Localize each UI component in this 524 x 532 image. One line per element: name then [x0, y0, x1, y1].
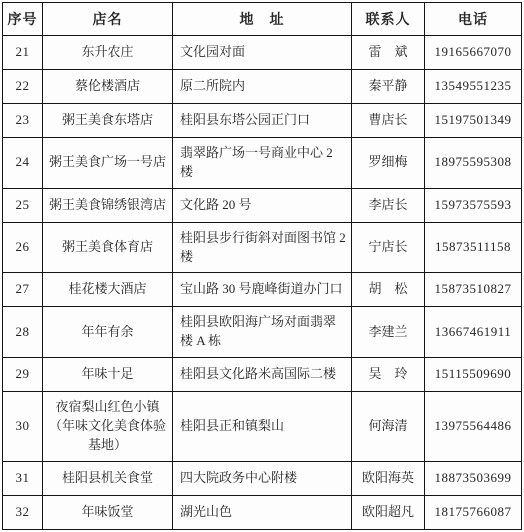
table-row: 31 桂阳县机关食堂 四大院政务中心附楼 欧阳海英 18873503699 — [3, 461, 522, 495]
column-header-no: 序号 — [3, 3, 43, 36]
cell-serial-number: 24 — [3, 138, 43, 189]
cell-store-name: 桂花楼大酒店 — [43, 273, 173, 307]
column-header-address: 地 址 — [173, 3, 352, 36]
cell-phone: 13975564486 — [425, 392, 522, 462]
cell-address: 宝山路 30 号鹿峰街道办门口 — [173, 273, 352, 307]
cell-serial-number: 22 — [3, 70, 43, 104]
cell-serial-number: 27 — [3, 273, 43, 307]
cell-contact: 宁店长 — [352, 222, 425, 273]
cell-address: 桂阳县步行街斜对面图书馆 2 楼 — [173, 222, 352, 273]
cell-store-name: 年年有余 — [43, 307, 173, 358]
cell-contact: 何海清 — [352, 392, 425, 462]
store-directory-page: 序号 店名 地 址 联系人 电话 21 东升农庄 文化园对面 雷 斌 19165… — [0, 0, 524, 532]
table-row: 32 年味饭堂 湖光山色 欧阳超凡 18175766087 — [3, 495, 522, 529]
cell-phone: 15197501349 — [425, 104, 522, 138]
table-row: 21 东升农庄 文化园对面 雷 斌 19165667070 — [3, 36, 522, 70]
cell-phone: 19165667070 — [425, 36, 522, 70]
cell-contact: 胡 松 — [352, 273, 425, 307]
cell-store-name: 粥王美食体育店 — [43, 222, 173, 273]
store-directory-table: 序号 店名 地 址 联系人 电话 21 东升农庄 文化园对面 雷 斌 19165… — [2, 2, 522, 530]
cell-phone: 15873510827 — [425, 273, 522, 307]
table-row: 22 蔡伦楼酒店 原二所院内 秦平静 13549551235 — [3, 70, 522, 104]
cell-store-name: 蔡伦楼酒店 — [43, 70, 173, 104]
cell-address: 湖光山色 — [173, 495, 352, 529]
cell-address: 桂阳县正和镇梨山 — [173, 392, 352, 462]
cell-phone: 15873511158 — [425, 222, 522, 273]
cell-store-name: 粥王美食东塔店 — [43, 104, 173, 138]
column-header-phone: 电话 — [425, 3, 522, 36]
cell-address: 翡翠路广场一号商业中心 2 楼 — [173, 138, 352, 189]
cell-store-name: 东升农庄 — [43, 36, 173, 70]
cell-phone: 18975595308 — [425, 138, 522, 189]
cell-serial-number: 28 — [3, 307, 43, 358]
cell-store-name: 粥王美食广场一号店 — [43, 138, 173, 189]
cell-serial-number: 32 — [3, 495, 43, 529]
cell-contact: 秦平静 — [352, 70, 425, 104]
cell-address: 桂阳县东塔公园正门口 — [173, 104, 352, 138]
cell-contact: 雷 斌 — [352, 36, 425, 70]
cell-phone: 15973575593 — [425, 188, 522, 222]
cell-serial-number: 26 — [3, 222, 43, 273]
cell-store-name: 年味饭堂 — [43, 495, 173, 529]
cell-address: 文化路 20 号 — [173, 188, 352, 222]
table-row: 23 粥王美食东塔店 桂阳县东塔公园正门口 曹店长 15197501349 — [3, 104, 522, 138]
header-row: 序号 店名 地 址 联系人 电话 — [3, 3, 522, 36]
table-row: 28 年年有余 桂阳县欧阳海广场对面翡翠楼 A 栋 李建兰 1366746191… — [3, 307, 522, 358]
cell-phone: 13667461911 — [425, 307, 522, 358]
cell-contact: 罗细梅 — [352, 138, 425, 189]
cell-phone: 18175766087 — [425, 495, 522, 529]
cell-contact: 吴 玲 — [352, 358, 425, 392]
cell-address: 桂阳县文化路米高国际二楼 — [173, 358, 352, 392]
cell-contact: 李店长 — [352, 188, 425, 222]
cell-serial-number: 25 — [3, 188, 43, 222]
cell-contact: 曹店长 — [352, 104, 425, 138]
cell-store-name: 粥王美食锦绣银湾店 — [43, 188, 173, 222]
cell-address: 四大院政务中心附楼 — [173, 461, 352, 495]
cell-serial-number: 30 — [3, 392, 43, 462]
table-row: 25 粥王美食锦绣银湾店 文化路 20 号 李店长 15973575593 — [3, 188, 522, 222]
cell-contact: 欧阳超凡 — [352, 495, 425, 529]
cell-address: 原二所院内 — [173, 70, 352, 104]
table-row: 24 粥王美食广场一号店 翡翠路广场一号商业中心 2 楼 罗细梅 1897559… — [3, 138, 522, 189]
cell-address: 文化园对面 — [173, 36, 352, 70]
cell-store-name: 桂阳县机关食堂 — [43, 461, 173, 495]
cell-serial-number: 29 — [3, 358, 43, 392]
cell-phone: 15115509690 — [425, 358, 522, 392]
cell-phone: 18873503699 — [425, 461, 522, 495]
cell-store-name: 年味十足 — [43, 358, 173, 392]
cell-serial-number: 21 — [3, 36, 43, 70]
table-row: 30 夜宿梨山红色小镇（年味文化美食体验基地） 桂阳县正和镇梨山 何海清 139… — [3, 392, 522, 462]
cell-serial-number: 23 — [3, 104, 43, 138]
table-row: 27 桂花楼大酒店 宝山路 30 号鹿峰街道办门口 胡 松 1587351082… — [3, 273, 522, 307]
cell-address: 桂阳县欧阳海广场对面翡翠楼 A 栋 — [173, 307, 352, 358]
cell-contact: 欧阳海英 — [352, 461, 425, 495]
cell-phone: 13549551235 — [425, 70, 522, 104]
column-header-name: 店名 — [43, 3, 173, 36]
cell-contact: 李建兰 — [352, 307, 425, 358]
column-header-contact: 联系人 — [352, 3, 425, 36]
cell-store-name: 夜宿梨山红色小镇（年味文化美食体验基地） — [43, 392, 173, 462]
table-row: 29 年味十足 桂阳县文化路米高国际二楼 吴 玲 15115509690 — [3, 358, 522, 392]
cell-serial-number: 31 — [3, 461, 43, 495]
table-row: 26 粥王美食体育店 桂阳县步行街斜对面图书馆 2 楼 宁店长 15873511… — [3, 222, 522, 273]
